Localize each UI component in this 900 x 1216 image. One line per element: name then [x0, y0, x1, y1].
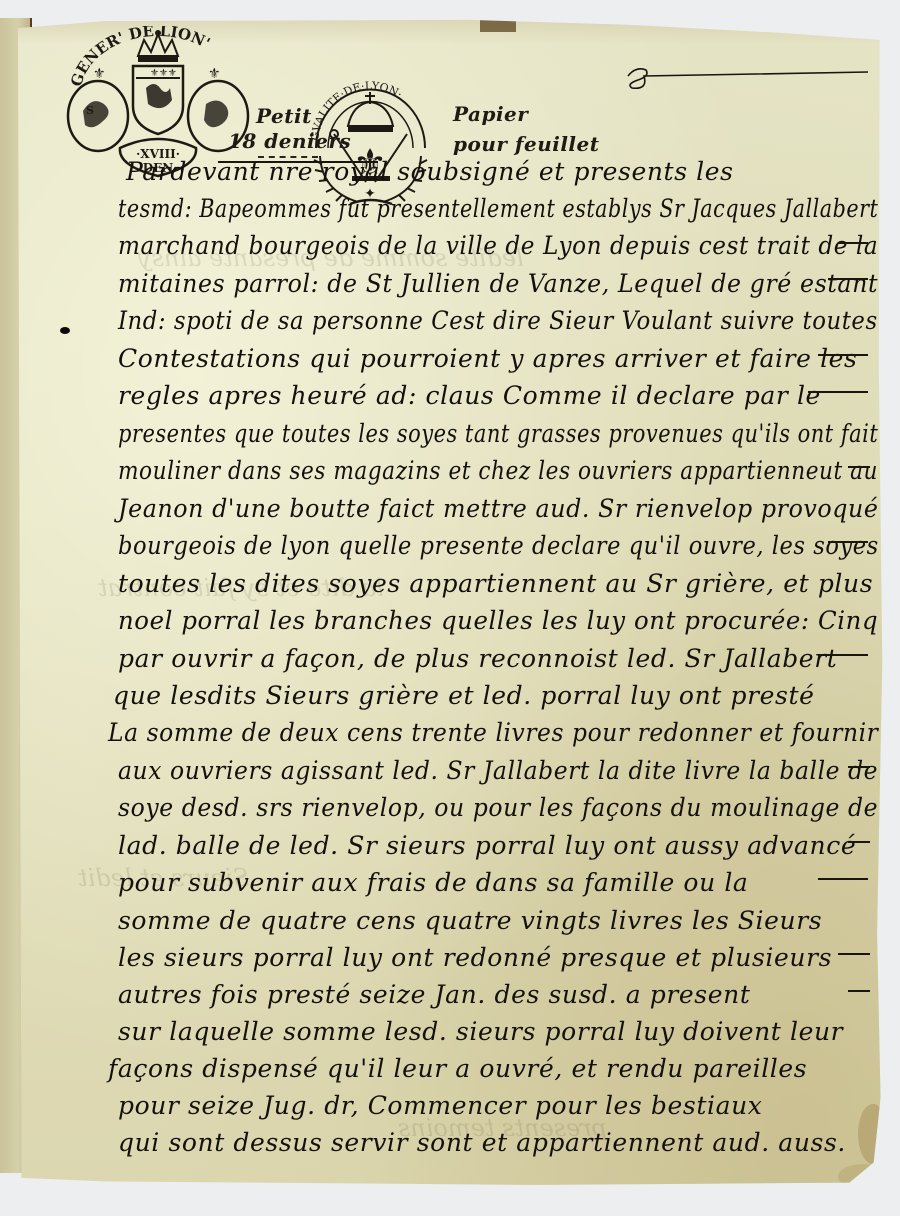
svg-text:S: S	[86, 104, 94, 117]
handwritten-line: regles apres heuré ad: claus Comme il de…	[118, 381, 821, 410]
margin-ink-dot	[60, 327, 70, 334]
signature-underline	[218, 161, 378, 163]
line-end-dash	[818, 354, 868, 356]
handwritten-line: qui sont dessus servir sont et appartien…	[118, 1128, 846, 1157]
line-end-dash	[808, 391, 868, 393]
line-end-dash	[838, 242, 868, 244]
handwritten-line: que lesdits Sieurs grière et led. porral…	[113, 681, 814, 710]
handwritten-line: noel porral les branches quelles les luy…	[118, 606, 878, 635]
printed-label-deniers: 18 deniers	[228, 129, 351, 153]
svg-text:⚜⚜⚜: ⚜⚜⚜	[150, 68, 177, 79]
handwritten-line: mitaines parrol: de St Jullien de Vanze,…	[118, 269, 878, 298]
line-end-dash	[818, 878, 868, 880]
svg-text:⚜: ⚜	[208, 66, 221, 82]
handwritten-line: toutes les dites soyes appartiennent au …	[118, 569, 873, 598]
corner-stain	[838, 1164, 888, 1189]
handwritten-line: les sieurs porral luy ont redonné presqu…	[118, 943, 832, 972]
handwritten-line: autres fois presté seize Jan. des susd. …	[118, 980, 750, 1009]
handwritten-line: mouliner dans ses magazins et chez les o…	[118, 456, 878, 485]
handwritten-line: marchand bourgeois de la ville de Lyon d…	[118, 231, 878, 260]
handwritten-line: façons dispensé qu'il leur a ouvré, et r…	[108, 1054, 807, 1083]
line-end-dash	[848, 766, 870, 768]
handwritten-line: pour subvenir aux frais de dans sa famil…	[118, 868, 748, 897]
handwritten-line: Ind: spoti de sa personne Cest dire Sieu…	[118, 306, 878, 335]
line-end-dash	[848, 990, 870, 992]
handwritten-line: Jeanon d'une boutte faict mettre aud. Sr…	[118, 494, 878, 523]
handwritten-line: sur laquelle somme lesd. sieurs porral l…	[118, 1017, 843, 1046]
svg-text:⚜: ⚜	[93, 66, 106, 82]
tape-fragment	[480, 16, 516, 32]
document-scene: ledite somme de presante ainsy la dite e…	[0, 0, 900, 1216]
printed-label-pour-feuillet: pour feuillet	[453, 132, 600, 156]
printed-label-petit: Petit	[256, 104, 312, 128]
handwritten-line: par ouvrir a façon, de plus reconnoist l…	[118, 644, 837, 673]
line-end-dash	[848, 841, 870, 843]
printed-label-papier: Papier	[453, 102, 528, 126]
handwritten-line: bourgeois de lyon quelle presente declar…	[118, 531, 879, 560]
line-end-dash	[828, 541, 868, 543]
line-end-dash	[838, 953, 870, 955]
top-flourish-mark	[618, 62, 878, 92]
handwritten-line: soye desd. srs rienvelop, ou pour les fa…	[118, 793, 878, 822]
handwritten-line: somme de quatre cens quatre vingts livre…	[118, 906, 822, 935]
corner-stain	[858, 1104, 888, 1164]
handwritten-line: presentes que toutes les soyes tant gras…	[118, 419, 878, 448]
handwritten-line: tesmd: Bapeommes fut presentellement est…	[118, 194, 878, 223]
handwritten-line: Contestations qui pourroient y apres arr…	[118, 344, 858, 373]
manuscript-page: ledite somme de presante ainsy la dite e…	[18, 14, 884, 1192]
handwritten-line: aux ouvriers agissant led. Sr Jallabert …	[118, 756, 878, 785]
line-end-dash	[828, 278, 868, 280]
handwritten-line: pour seize Jug. dr, Commencer pour les b…	[118, 1091, 762, 1120]
line-end-dash	[848, 466, 870, 468]
line-end-dash	[818, 654, 868, 656]
handwritten-line: La somme de deux cens trente livres pour…	[108, 718, 878, 747]
handwritten-line: lad. balle de led. Sr sieurs porral luy …	[118, 831, 856, 860]
